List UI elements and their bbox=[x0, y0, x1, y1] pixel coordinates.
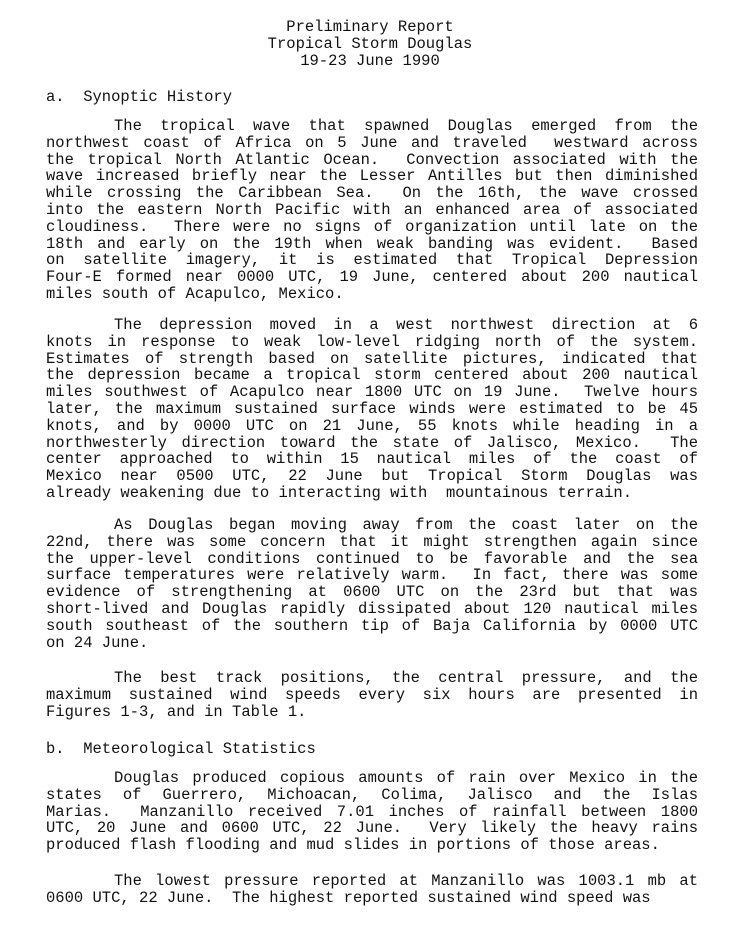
paragraph: The lowest pressure reported at Manzanil… bbox=[46, 873, 698, 907]
text-line: miles south of Acapulco, Mexico. bbox=[46, 286, 698, 303]
paragraph: The tropical wave that spawned Douglas e… bbox=[46, 118, 698, 303]
text-line: The best track positions, the central pr… bbox=[46, 670, 698, 687]
text-line: UTC, 20 June and 0600 UTC, 22 June. Very… bbox=[46, 820, 698, 837]
report-title: Preliminary Report Tropical Storm Dougla… bbox=[0, 19, 740, 70]
text-line: on 24 June. bbox=[46, 635, 698, 652]
text-line: center approached to within 15 nautical … bbox=[46, 451, 698, 468]
section-b-heading: b. Meteorological Statistics bbox=[46, 740, 316, 758]
text-line: The tropical wave that spawned Douglas e… bbox=[46, 118, 698, 135]
text-line: Estimates of strength based on satellite… bbox=[46, 351, 698, 368]
paragraph: The best track positions, the central pr… bbox=[46, 670, 698, 720]
text-line: Figures 1-3, and in Table 1. bbox=[46, 704, 698, 721]
text-line: knots, and by 0000 UTC on 21 June, 55 kn… bbox=[46, 418, 698, 435]
text-line: later, the maximum sustained surface win… bbox=[46, 401, 698, 418]
text-line: the depression became a tropical storm c… bbox=[46, 367, 698, 384]
text-line: 22nd, there was some concern that it mig… bbox=[46, 534, 698, 551]
text-line: cloudiness. There were no signs of organ… bbox=[46, 219, 698, 236]
title-line-1: Preliminary Report bbox=[0, 19, 740, 36]
text-line: states of Guerrero, Michoacan, Colima, J… bbox=[46, 787, 698, 804]
text-line: 0600 UTC, 22 June. The highest reported … bbox=[46, 890, 698, 907]
text-line: evidence of strengthening at 0600 UTC on… bbox=[46, 584, 698, 601]
text-line: surface temperatures were relatively war… bbox=[46, 567, 698, 584]
text-line: maximum sustained wind speeds every six … bbox=[46, 687, 698, 704]
text-line: into the eastern North Pacific with an e… bbox=[46, 202, 698, 219]
text-line: produced flash flooding and mud slides i… bbox=[46, 837, 698, 854]
text-line: wave increased briefly near the Lesser A… bbox=[46, 168, 698, 185]
paragraph: The depression moved in a west northwest… bbox=[46, 317, 698, 502]
paragraph: Douglas produced copious amounts of rain… bbox=[46, 770, 698, 854]
text-line: on satellite imagery, it is estimated th… bbox=[46, 252, 698, 269]
text-line: northwest coast of Africa on 5 June and … bbox=[46, 135, 698, 152]
text-line: miles southwest of Acapulco near 1800 UT… bbox=[46, 384, 698, 401]
text-line: the upper-level conditions continued to … bbox=[46, 551, 698, 568]
text-line: The lowest pressure reported at Manzanil… bbox=[46, 873, 698, 890]
text-line: The depression moved in a west northwest… bbox=[46, 317, 698, 334]
text-line: already weakening due to interacting wit… bbox=[46, 485, 698, 502]
text-line: northwesterly direction toward the state… bbox=[46, 435, 698, 452]
text-line: 18th and early on the 19th when weak ban… bbox=[46, 236, 698, 253]
text-line: short-lived and Douglas rapidly dissipat… bbox=[46, 601, 698, 618]
text-line: As Douglas began moving away from the co… bbox=[46, 517, 698, 534]
section-a-heading: a. Synoptic History bbox=[46, 88, 232, 106]
text-line: Four-E formed near 0000 UTC, 19 June, ce… bbox=[46, 269, 698, 286]
paragraph: As Douglas began moving away from the co… bbox=[46, 517, 698, 651]
text-line: Douglas produced copious amounts of rain… bbox=[46, 770, 698, 787]
title-line-3: 19-23 June 1990 bbox=[0, 53, 740, 70]
text-line: knots in response to weak low-level ridg… bbox=[46, 334, 698, 351]
text-line: while crossing the Caribbean Sea. On the… bbox=[46, 185, 698, 202]
text-line: Mexico near 0500 UTC, 22 June but Tropic… bbox=[46, 468, 698, 485]
title-line-2: Tropical Storm Douglas bbox=[0, 36, 740, 53]
text-line: south southeast of the southern tip of B… bbox=[46, 618, 698, 635]
text-line: Marias. Manzanillo received 7.01 inches … bbox=[46, 804, 698, 821]
text-line: the tropical North Atlantic Ocean. Conve… bbox=[46, 152, 698, 169]
document-page: Preliminary Report Tropical Storm Dougla… bbox=[0, 0, 740, 934]
